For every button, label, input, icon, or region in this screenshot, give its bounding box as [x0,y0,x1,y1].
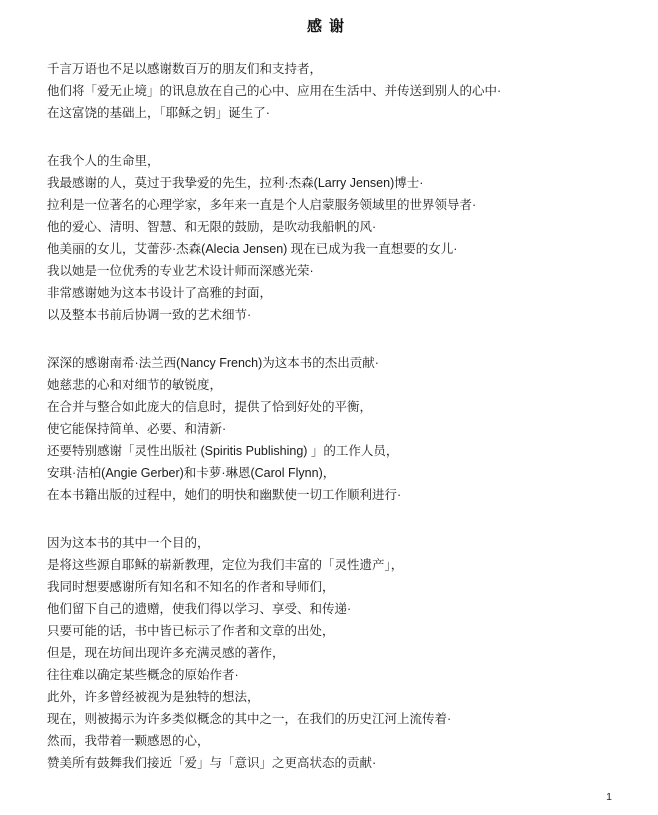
text-line: 在本书籍出版的过程中，她们的明快和幽默使一切工作顺利进行· [47,484,613,506]
text-line: 是将这些源自耶稣的崭新教理，定位为我们丰富的「灵性遗产」， [47,554,613,576]
text-line: 千言万语也不足以感谢数百万的朋友们和支持者， [47,58,613,80]
text-line: 深深的感谢南希·法兰西(Nancy French)为这本书的杰出贡献· [47,352,613,374]
text-line: 在合并与整合如此庞大的信息时，提供了恰到好处的平衡， [47,396,613,418]
text-line: 现在，则被揭示为许多类似概念的其中之一，在我们的历史江河上流传着· [47,708,613,730]
paragraph-4: 因为这本书的其中一个目的， 是将这些源自耶稣的崭新教理，定位为我们丰富的「灵性遗… [47,532,613,774]
text-line: 然而，我带着一颗感恩的心， [47,730,613,752]
text-line: 我以她是一位优秀的专业艺术设计师而深感光荣· [47,260,613,282]
text-line: 她慈悲的心和对细节的敏锐度， [47,374,613,396]
page-title: 感谢 [0,0,658,35]
paragraph-3: 深深的感谢南希·法兰西(Nancy French)为这本书的杰出贡献· 她慈悲的… [47,352,613,506]
text-line: 非常感谢她为这本书设计了高雅的封面， [47,282,613,304]
text-line: 他们留下自己的遗赠，使我们得以学习、享受、和传递· [47,598,613,620]
document-body: 千言万语也不足以感谢数百万的朋友们和支持者， 他们将「爱无止境」的讯息放在自己的… [0,58,658,774]
text-line: 在我个人的生命里， [47,150,613,172]
text-line: 我同时想要感谢所有知名和不知名的作者和导师们， [47,576,613,598]
text-line: 赞美所有鼓舞我们接近「爱」与「意识」之更高状态的贡献· [47,752,613,774]
text-line: 还要特别感谢「灵性出版社 (Spiritis Publishing) 」的工作人… [47,440,613,462]
text-line: 使它能保持简单、必要、和清新· [47,418,613,440]
text-line: 以及整本书前后协调一致的艺术细节· [47,304,613,326]
document-page: 感谢 千言万语也不足以感谢数百万的朋友们和支持者， 他们将「爱无止境」的讯息放在… [0,0,658,815]
text-line: 但是，现在坊间出现许多充满灵感的著作， [47,642,613,664]
text-line: 拉利是一位著名的心理学家，多年来一直是个人启蒙服务领域里的世界领导者· [47,194,613,216]
text-line: 他的爱心、清明、智慧、和无限的鼓励，是吹动我船帆的风· [47,216,613,238]
text-line: 因为这本书的其中一个目的， [47,532,613,554]
text-line: 在这富饶的基础上，「耶稣之钥」诞生了· [47,102,613,124]
paragraph-2: 在我个人的生命里， 我最感谢的人，莫过于我挚爱的先生，拉利·杰森(Larry J… [47,150,613,326]
text-line: 只要可能的话，书中皆已标示了作者和文章的出处， [47,620,613,642]
text-line: 他美丽的女儿，艾蕾莎·杰森(Alecia Jensen) 现在已成为我一直想要的… [47,238,613,260]
text-line: 我最感谢的人，莫过于我挚爱的先生，拉利·杰森(Larry Jensen)博士· [47,172,613,194]
text-line: 他们将「爱无止境」的讯息放在自己的心中、应用在生活中、并传送到别人的心中· [47,80,613,102]
text-line: 往往难以确定某些概念的原始作者· [47,664,613,686]
text-line: 安琪·洁柏(Angie Gerber)和卡萝·琳恩(Carol Flynn)， [47,462,613,484]
paragraph-1: 千言万语也不足以感谢数百万的朋友们和支持者， 他们将「爱无止境」的讯息放在自己的… [47,58,613,124]
page-number: 1 [606,792,612,803]
text-line: 此外，许多曾经被视为是独特的想法， [47,686,613,708]
